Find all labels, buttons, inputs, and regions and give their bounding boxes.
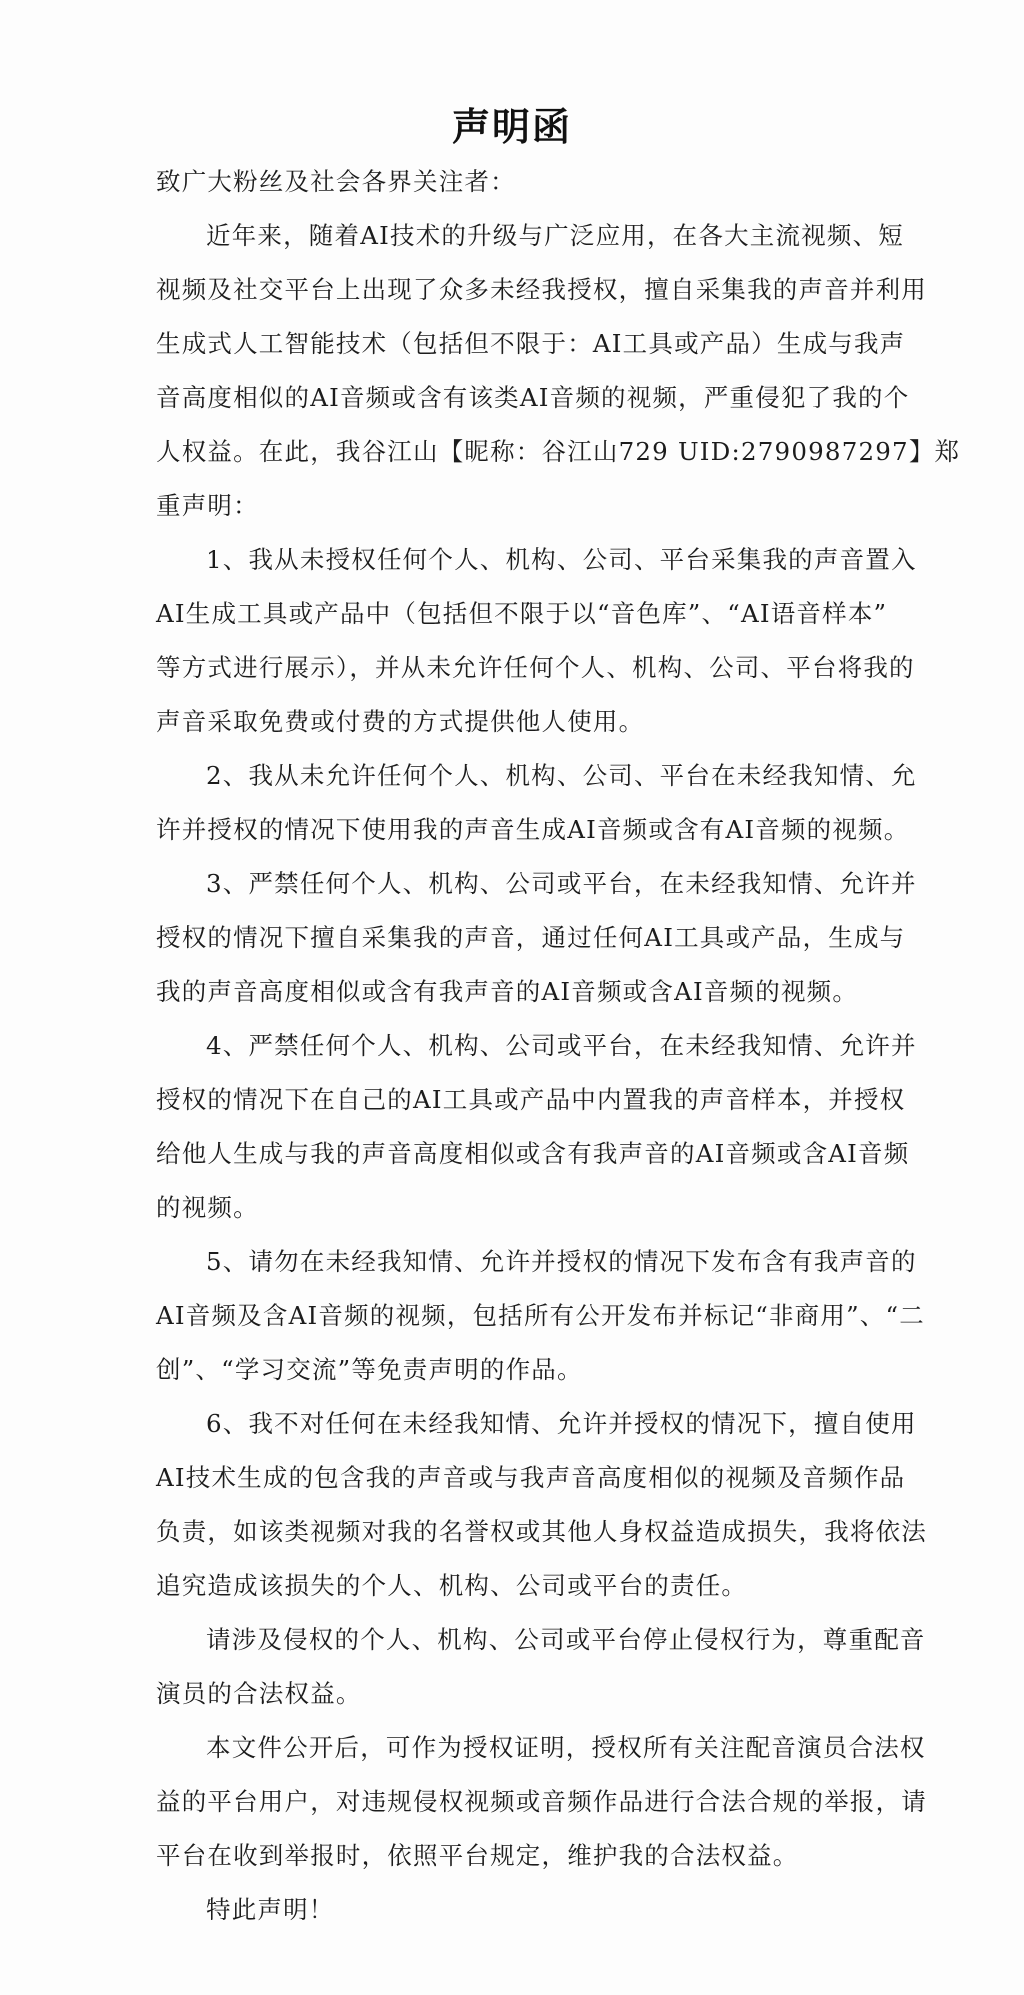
paragraph-line: 特此声明！ xyxy=(156,1883,878,1937)
paragraph-line: 授权的情况下在自己的AI工具或产品中内置我的声音样本，并授权 xyxy=(156,1073,878,1127)
paragraph-line: 授权的情况下擅自采集我的声音，通过任何AI工具或产品，生成与 xyxy=(156,911,878,965)
paragraph-line: 6、我不对任何在未经我知情、允许并授权的情况下，擅自使用 xyxy=(156,1397,878,1451)
paragraph-line: 视频及社交平台上出现了众多未经我授权，擅自采集我的声音并利用 xyxy=(156,263,878,317)
paragraph-line: AI音频及含AI音频的视频，包括所有公开发布并标记“非商用”、“二 xyxy=(156,1289,878,1343)
paragraph-line: 2、我从未允许任何个人、机构、公司、平台在未经我知情、允 xyxy=(156,749,878,803)
paragraph-line: 声音采取免费或付费的方式提供他人使用。 xyxy=(156,695,878,749)
paragraph-line: 请涉及侵权的个人、机构、公司或平台停止侵权行为，尊重配音 xyxy=(156,1613,878,1667)
paragraph-line: 的视频。 xyxy=(156,1181,878,1235)
paragraph-line: 音高度相似的AI音频或含有该类AI音频的视频，严重侵犯了我的个 xyxy=(156,371,878,425)
paragraph-line: 我的声音高度相似或含有我声音的AI音频或含AI音频的视频。 xyxy=(156,965,878,1019)
paragraph-line: 生成式人工智能技术（包括但不限于：AI工具或产品）生成与我声 xyxy=(156,317,878,371)
document-page: 声明函 致广大粉丝及社会各界关注者： 近年来，随着AI技术的升级与广泛应用，在各… xyxy=(0,0,1024,1995)
paragraph-line: 4、严禁任何个人、机构、公司或平台，在未经我知情、允许并 xyxy=(156,1019,878,1073)
paragraph-line: 给他人生成与我的声音高度相似或含有我声音的AI音频或含AI音频 xyxy=(156,1127,878,1181)
document-body: 致广大粉丝及社会各界关注者： 近年来，随着AI技术的升级与广泛应用，在各大主流视… xyxy=(156,155,878,1937)
salutation: 致广大粉丝及社会各界关注者： xyxy=(156,155,878,209)
paragraph-line: 1、我从未授权任何个人、机构、公司、平台采集我的声音置入 xyxy=(156,533,878,587)
paragraph-line: 5、请勿在未经我知情、允许并授权的情况下发布含有我声音的 xyxy=(156,1235,878,1289)
paragraph-line: 许并授权的情况下使用我的声音生成AI音频或含有AI音频的视频。 xyxy=(156,803,878,857)
paragraph-line: 演员的合法权益。 xyxy=(156,1667,878,1721)
paragraph-line: 本文件公开后，可作为授权证明，授权所有关注配音演员合法权 xyxy=(156,1721,878,1775)
paragraph-line: 负责，如该类视频对我的名誉权或其他人身权益造成损失，我将依法 xyxy=(156,1505,878,1559)
paragraph-line: 3、严禁任何个人、机构、公司或平台，在未经我知情、允许并 xyxy=(156,857,878,911)
paragraph-line: 追究造成该损失的个人、机构、公司或平台的责任。 xyxy=(156,1559,878,1613)
paragraph-line: 益的平台用户，对违规侵权视频或音频作品进行合法合规的举报，请 xyxy=(156,1775,878,1829)
paragraph-line: 平台在收到举报时，依照平台规定，维护我的合法权益。 xyxy=(156,1829,878,1883)
paragraph-line: AI技术生成的包含我的声音或与我声音高度相似的视频及音频作品 xyxy=(156,1451,878,1505)
paragraph-line: 近年来，随着AI技术的升级与广泛应用，在各大主流视频、短 xyxy=(156,209,878,263)
document-title: 声明函 xyxy=(0,96,1024,151)
paragraph-line: 人权益。在此，我谷江山【昵称：谷江山729 UID:2790987297】郑 xyxy=(156,425,878,479)
paragraph-line: 等方式进行展示），并从未允许任何个人、机构、公司、平台将我的 xyxy=(156,641,878,695)
paragraph-line: 重声明： xyxy=(156,479,878,533)
paragraph-line: 创”、“学习交流”等免责声明的作品。 xyxy=(156,1343,878,1397)
paragraph-line: AI生成工具或产品中（包括但不限于以“音色库”、“AI语音样本” xyxy=(156,587,878,641)
